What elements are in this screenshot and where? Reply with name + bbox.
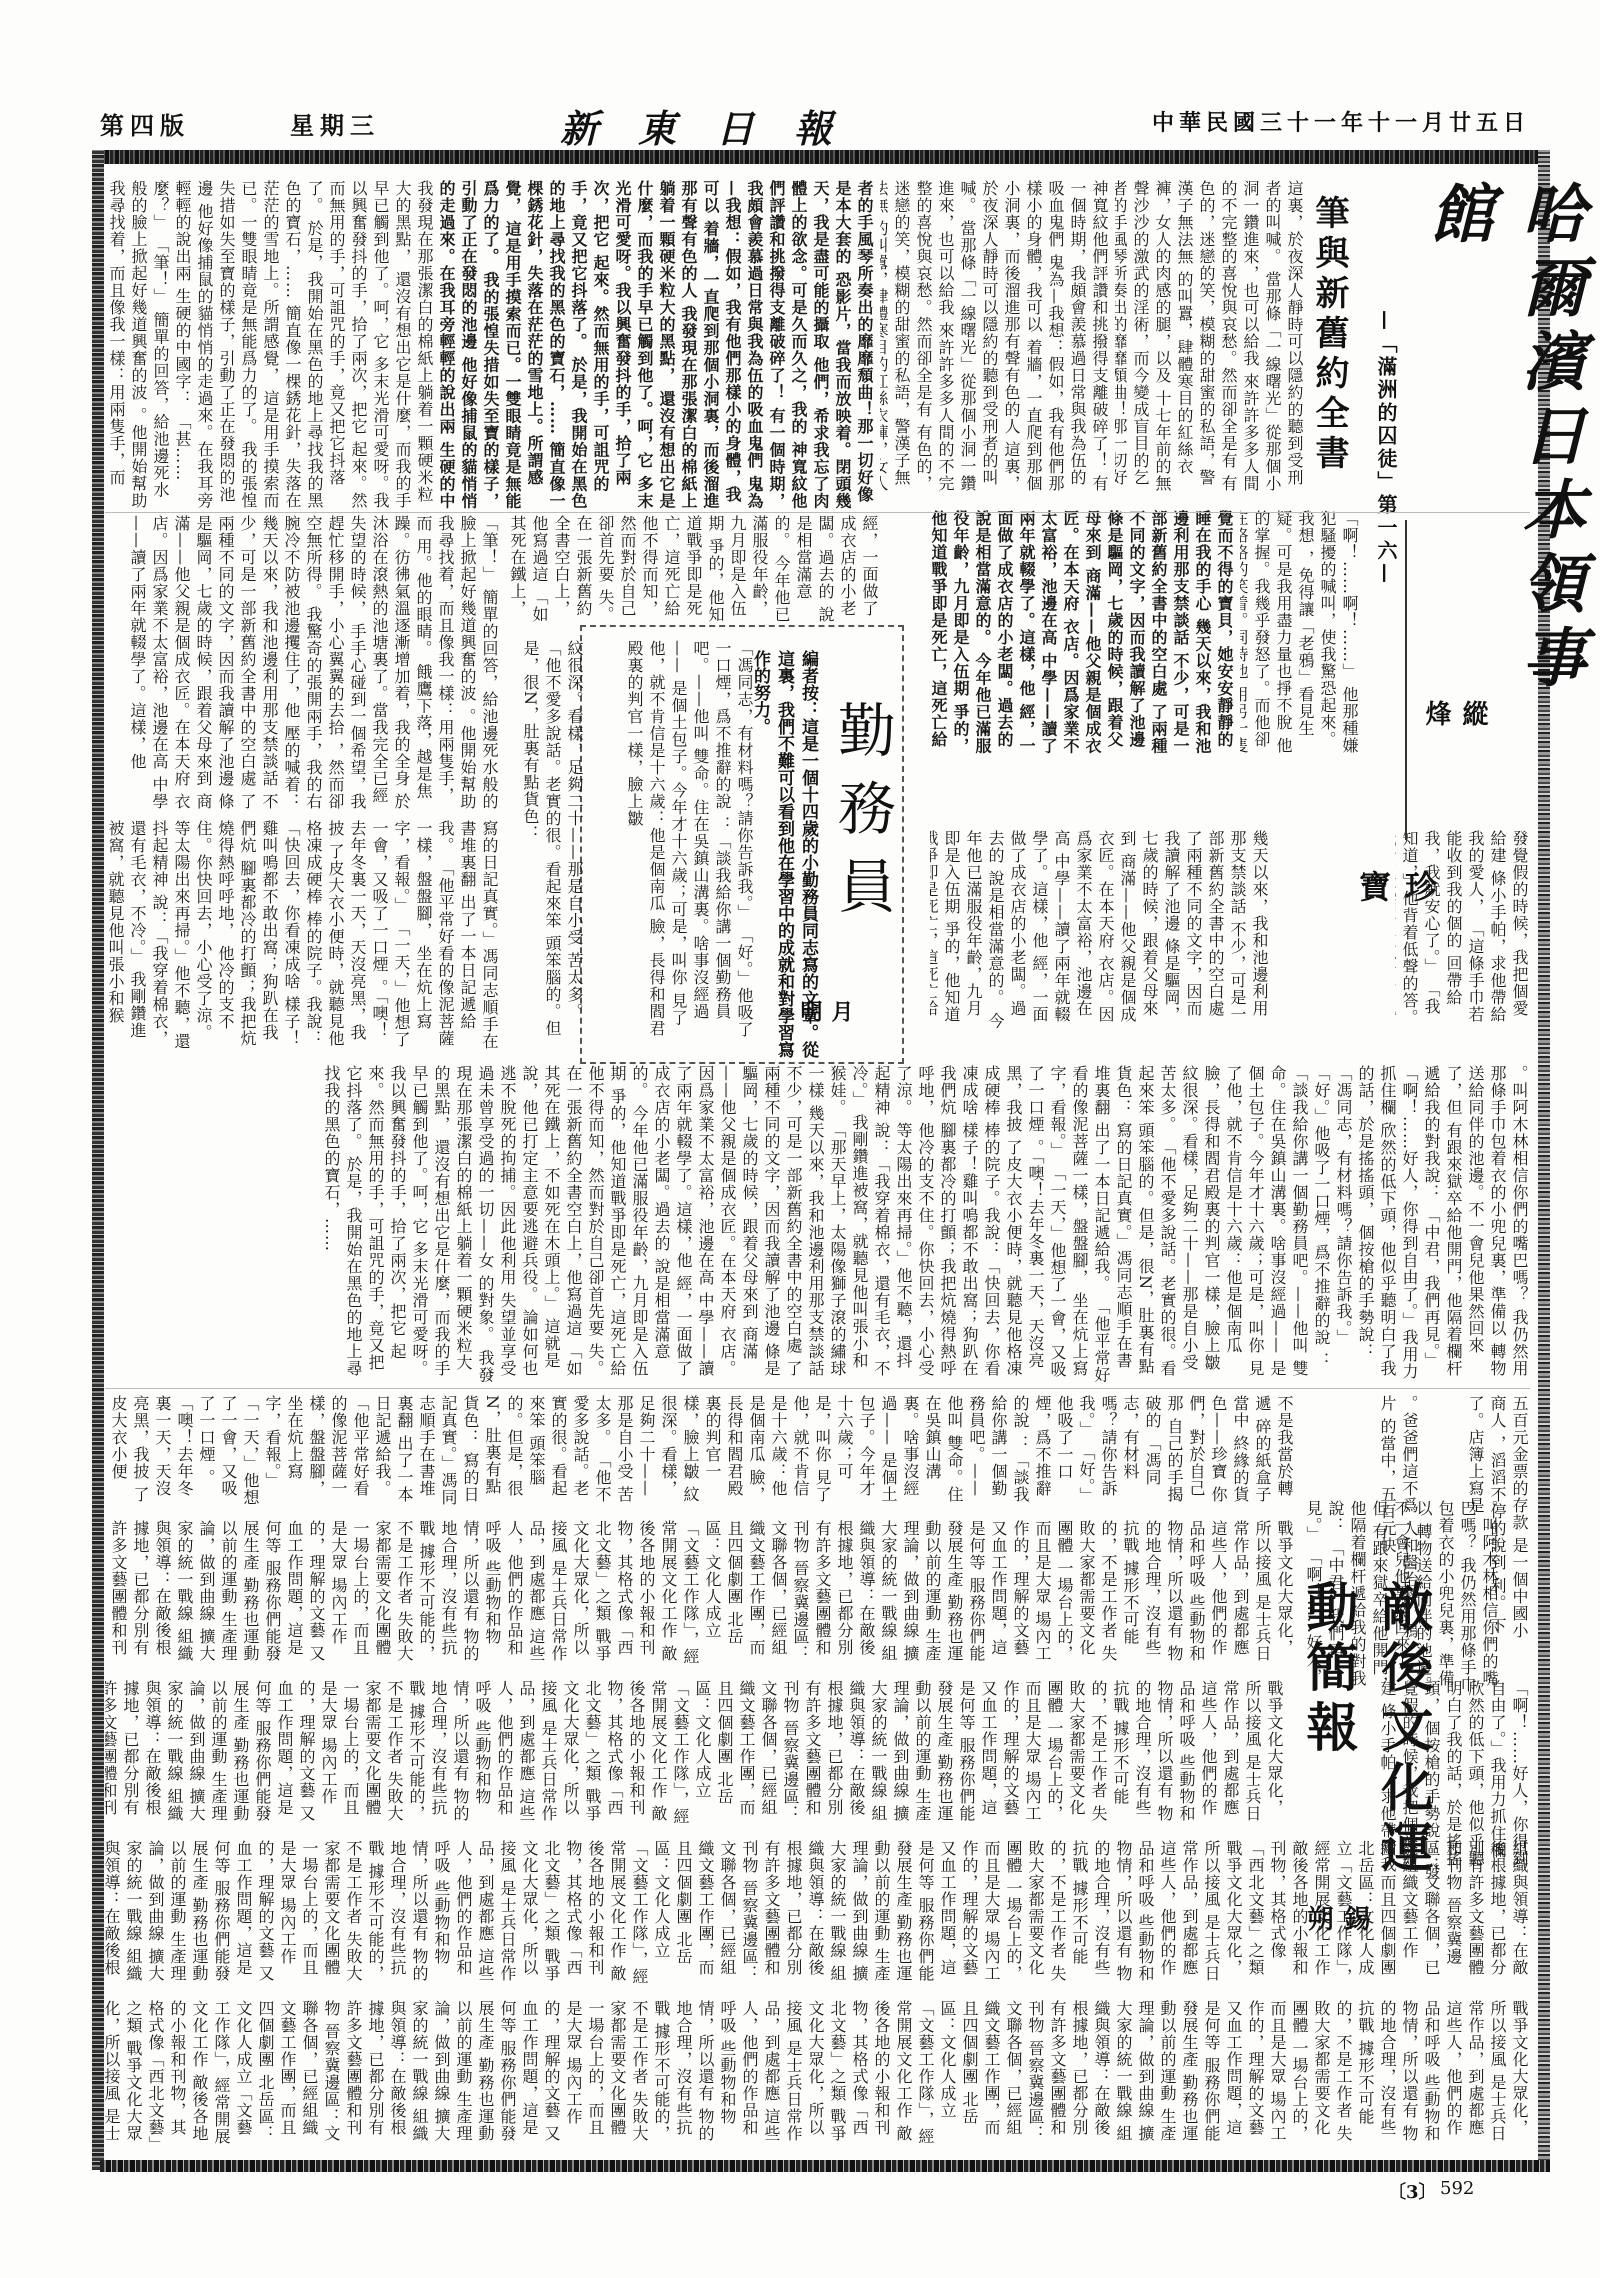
orderly-body-1: 「馮同志，有材料嗎？請你告訴我。」 「好。」他吸了一口煙，爲不推辭的說 ：「談我… [590,640,755,1050]
orderly-and-consulate-band3: 。叫阿木林相信你們的嘴巴嗎？ 我仍然用那條手巾包着衣的小兜兒裏，準備以 轉物送給… [105,1065,1530,1385]
consulate-body-top: 這裏，於夜深人靜時可以隱約的聽到受刑者的叫喊。 當那條「一線曙光」從那個小洞一鑽… [1115,180,1305,500]
section-heading-pen-and-bible: 筆與新舊約全書 [1305,195,1354,495]
newspaper-page: 第四版 星期三 新東日報 中華民國三十一年十一月廿五日 哈爾濱日本領事館 —「滿… [0,0,1600,2278]
article-title-consulate: 哈爾濱日本領事館 [1410,180,1594,740]
culture-report-band-1: 戰爭文化大眾化，所以接風 是士兵日常作品，到處都應 這些人，他們的作品和呼吸 些… [105,1520,1295,1670]
consulate-dialogue: 「啊！……啊！……」 他那種嫌犯騷擾的喊叫，使我驚恐起來。我想 ，免得讓「老鴉」… [1240,510,1360,760]
consulate-mid-body-top: 者的手風琴所奏出的靡靡頹曲！那一切好像是本大套的 恐影片，當我而放映着。閉頭幾天… [440,180,875,510]
culture-report-band-4: 戰爭文化大眾化，所以接風 是士兵日常作品，到處都應 這些人，他們的作品和呼吸 些… [105,2000,1530,2150]
editor-note: 編者按：這是一個十四歲的小勤務員同志寫的文章。從這裏，我們不難可以看到他在學習中… [760,650,820,1070]
band-divider-1 [105,512,1530,513]
top-border-rule [100,150,1550,164]
article-title-orderly: 勤務員 [820,700,904,960]
article-subtitle-consulate: —「滿洲的囚徒」第一六— [1372,310,1401,640]
culture-report-intro: 不是我當於轉遞 碎的紙盒子當中 終緣的貨色——珍寶 你們，對於自己那 自己的手揭… [105,1395,1295,1510]
masthead: 第四版 星期三 新東日報 中華民國三十一年十一月廿五日 [100,98,1550,148]
culture-report-band-2: 戰爭文化大眾化，所以接風 是士兵日常作品，到處都應 這些人，他們的作品和呼吸 些… [105,1680,1285,1830]
paper-name: 新東日報 [560,98,872,153]
consulate-left-body-band2: 「筆！」 簡單的回答，給池邊死水般的臉上掀起好幾道興奮的波 。他開始幫助我尋找着… [105,515,500,815]
issue-date: 中華民國三十一年十一月廿五日 [1152,106,1530,137]
culture-report-band-3: 組織與領導：在敵後根據地，已都分別有許多文藝團體和刊物 晉察冀邊區：文聯各個，已… [105,1840,1530,1990]
consulate-left-body-top: 我發現在那張潔白的棉紙上躺着一顆硬米粒大的黑點， 還沒有想出它是什麼，而我的手早… [105,180,435,510]
page-marker: 〔3〕 [1388,2178,1437,2204]
orderly-body-left: 寫的日記真實。」馮同志順手在書堆裏翻 出了一本日記遞給我。 「他平常好看的像泥菩… [105,820,500,1050]
treasure-body: 發覺假的時候，我把個愛給建 條小手帕，求他帶給我的愛人， 「這條手巾若能收到我的… [1395,830,1530,1030]
left-border-rule [92,150,104,2170]
consulate-body-middle: 覺而不得的寶貝，她安安靜靜的睡在我的手心 幾天以來，我和池邊利用那支禁談話 不少… [930,510,1235,760]
article-author-consulate: 縱 烽 [1418,700,1492,850]
orderly-body-2: 紋很深。看樣，足夠二十——那是自小受 苦太多。 「他不愛多說話。老實的很。看起來… [505,640,585,1050]
edition-label: 第四版 [100,106,190,141]
band-divider-3 [105,1388,1530,1389]
bottom-border-rule [100,2160,1550,2172]
consulate-body-top-2: 神寬紋他們評讚和挑撥得支離破碎了！ 有一個時期，我頗會羨慕過日常與我為伍的吸血鬼… [880,180,1110,500]
weekday-label: 星期三 [290,106,380,141]
title-rule [1405,520,1407,840]
consulate-mid-body-band2: 經，一面做了成衣店的小老闆。過去的 說是相當滿意的。 今年他已滿服役年齡，九月即… [505,515,880,625]
page-number: 592 [1440,2178,1474,2199]
consulate-body-continued: 幾天以來，我和池邊利用那支禁談話 不少，可是一部新舊約全書中的空白處 了兩種不同… [930,830,1270,1030]
